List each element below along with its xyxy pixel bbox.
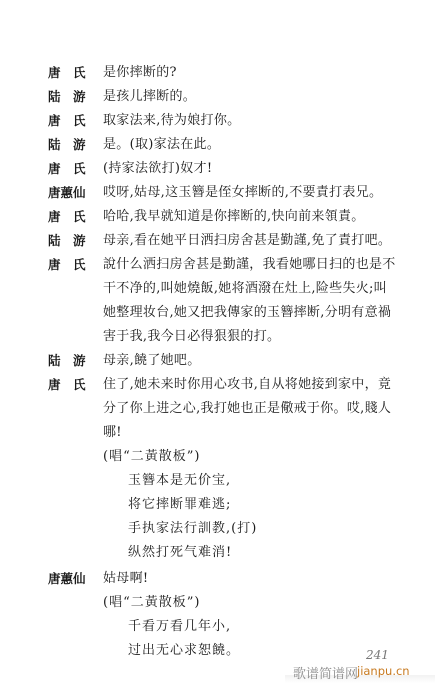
speaker-name: 唐 氏 — [48, 255, 86, 275]
dialogue-line: 陆 游母亲,饒了她吧。 — [0, 351, 439, 371]
sung-verse: 玉簪本是无价宝, — [128, 471, 231, 491]
dialogue-text: 取家法来,待为娘打你。 — [103, 111, 240, 131]
dialogue-text: 是孩儿摔断的。 — [103, 87, 196, 107]
dialogue-line: 唐 氏(持家法欲打)奴才! — [0, 159, 439, 179]
sung-verse: 手执家法行訓教,(打) — [128, 519, 257, 539]
dialogue-text: 害于我,我今日必得狠狠的打。 — [103, 327, 280, 347]
dialogue-line: (唱“二黃散板”) — [0, 447, 439, 467]
dialogue-text: 哎呀,姑母,这玉簪是侄女摔断的,不要責打表兄。 — [103, 183, 382, 203]
stage-direction: (唱“二黃散板”) — [103, 593, 200, 613]
watermark-chinese: 歌谱简谱网 — [293, 663, 358, 682]
dialogue-line: 陆 游是。(取)家法在此。 — [0, 135, 439, 155]
sung-verse: 将它摔断罪难逃; — [128, 495, 231, 515]
speaker-name: 陆 游 — [48, 135, 86, 155]
speaker-name: 唐蕙仙 — [48, 569, 86, 589]
speaker-name: 唐 氏 — [48, 375, 86, 395]
speaker-name: 陆 游 — [48, 87, 86, 107]
speaker-name: 陆 游 — [48, 231, 86, 251]
dialogue-line: 哪! — [0, 423, 439, 443]
dialogue-text: 母亲,看在她平日洒扫房舍甚是勤謹,免了責打吧。 — [103, 231, 391, 251]
dialogue-line: 分了你上进之心,我打她也正是儆戒于你。哎,賤人 — [0, 399, 439, 419]
sung-verse: 千看万看几年小, — [128, 617, 231, 637]
dialogue-line: 唐 氏哈哈,我早就知道是你摔断的,快向前来領責。 — [0, 207, 439, 227]
dialogue-text: 干不净的,叫她燒飯,她将酒潑在灶上,险些失火;叫 — [103, 279, 387, 299]
dialogue-line: 唐 氏住了,她未来时你用心攻书,自从将她接到家中，竟 — [0, 375, 439, 395]
sung-verse: 纵然打死气难消! — [128, 543, 232, 563]
dialogue-text: 哈哈,我早就知道是你摔断的,快向前来領責。 — [103, 207, 365, 227]
dialogue-text: 分了你上进之心,我打她也正是儆戒于你。哎,賤人 — [103, 399, 391, 419]
stage-direction: (唱“二黃散板”) — [103, 447, 200, 467]
dialogue-text: 母亲,饒了她吧。 — [103, 351, 201, 371]
dialogue-line: 纵然打死气难消! — [0, 543, 439, 563]
dialogue-line: 将它摔断罪难逃; — [0, 495, 439, 515]
dialogue-line: 唐 氏取家法来,待为娘打你。 — [0, 111, 439, 131]
sung-verse: 过出无心求恕饒。 — [128, 641, 240, 661]
dialogue-text: (持家法欲打)奴才! — [103, 159, 212, 179]
dialogue-text: 姑母啊! — [103, 569, 148, 589]
dialogue-line: 唐 氏說什么洒扫房舍甚是勤謹，我看她哪日扫的也是不 — [0, 255, 439, 275]
dialogue-line: 她整理妆台,她又把我傳家的玉簪摔断,分明有意禍 — [0, 303, 439, 323]
dialogue-line: 陆 游是孩儿摔断的。 — [0, 87, 439, 107]
script-page: 唐 氏是你摔断的?陆 游是孩儿摔断的。唐 氏取家法来,待为娘打你。陆 游是。(取… — [0, 0, 439, 690]
dialogue-text: 說什么洒扫房舍甚是勤謹，我看她哪日扫的也是不 — [103, 255, 396, 275]
dialogue-line: 干不净的,叫她燒飯,她将酒潑在灶上,险些失火;叫 — [0, 279, 439, 299]
dialogue-text: 是。(取)家法在此。 — [103, 135, 220, 155]
speaker-name: 陆 游 — [48, 351, 86, 371]
dialogue-text: 她整理妆台,她又把我傳家的玉簪摔断,分明有意禍 — [103, 303, 391, 323]
dialogue-line: (唱“二黃散板”) — [0, 593, 439, 613]
dialogue-line: 唐蕙仙姑母啊! — [0, 569, 439, 589]
speaker-name: 唐 氏 — [48, 63, 86, 83]
dialogue-text: 住了,她未来时你用心攻书,自从将她接到家中，竟 — [103, 375, 391, 395]
dialogue-text: 哪! — [103, 423, 122, 443]
speaker-name: 唐 氏 — [48, 111, 86, 131]
dialogue-text: 是你摔断的? — [103, 63, 177, 83]
dialogue-line: 害于我,我今日必得狠狠的打。 — [0, 327, 439, 347]
dialogue-line: 陆 游母亲,看在她平日洒扫房舍甚是勤謹,免了責打吧。 — [0, 231, 439, 251]
watermark-url: jianpu.cn — [357, 664, 410, 678]
dialogue-line: 手执家法行訓教,(打) — [0, 519, 439, 539]
speaker-name: 唐 氏 — [48, 159, 86, 179]
dialogue-line: 唐蕙仙哎呀,姑母,这玉簪是侄女摔断的,不要責打表兄。 — [0, 183, 439, 203]
speaker-name: 唐 氏 — [48, 207, 86, 227]
speaker-name: 唐蕙仙 — [48, 183, 86, 203]
dialogue-line: 千看万看几年小, — [0, 617, 439, 637]
dialogue-line: 玉簪本是无价宝, — [0, 471, 439, 491]
dialogue-line: 唐 氏是你摔断的? — [0, 63, 439, 83]
page-number: 241 — [366, 648, 389, 662]
